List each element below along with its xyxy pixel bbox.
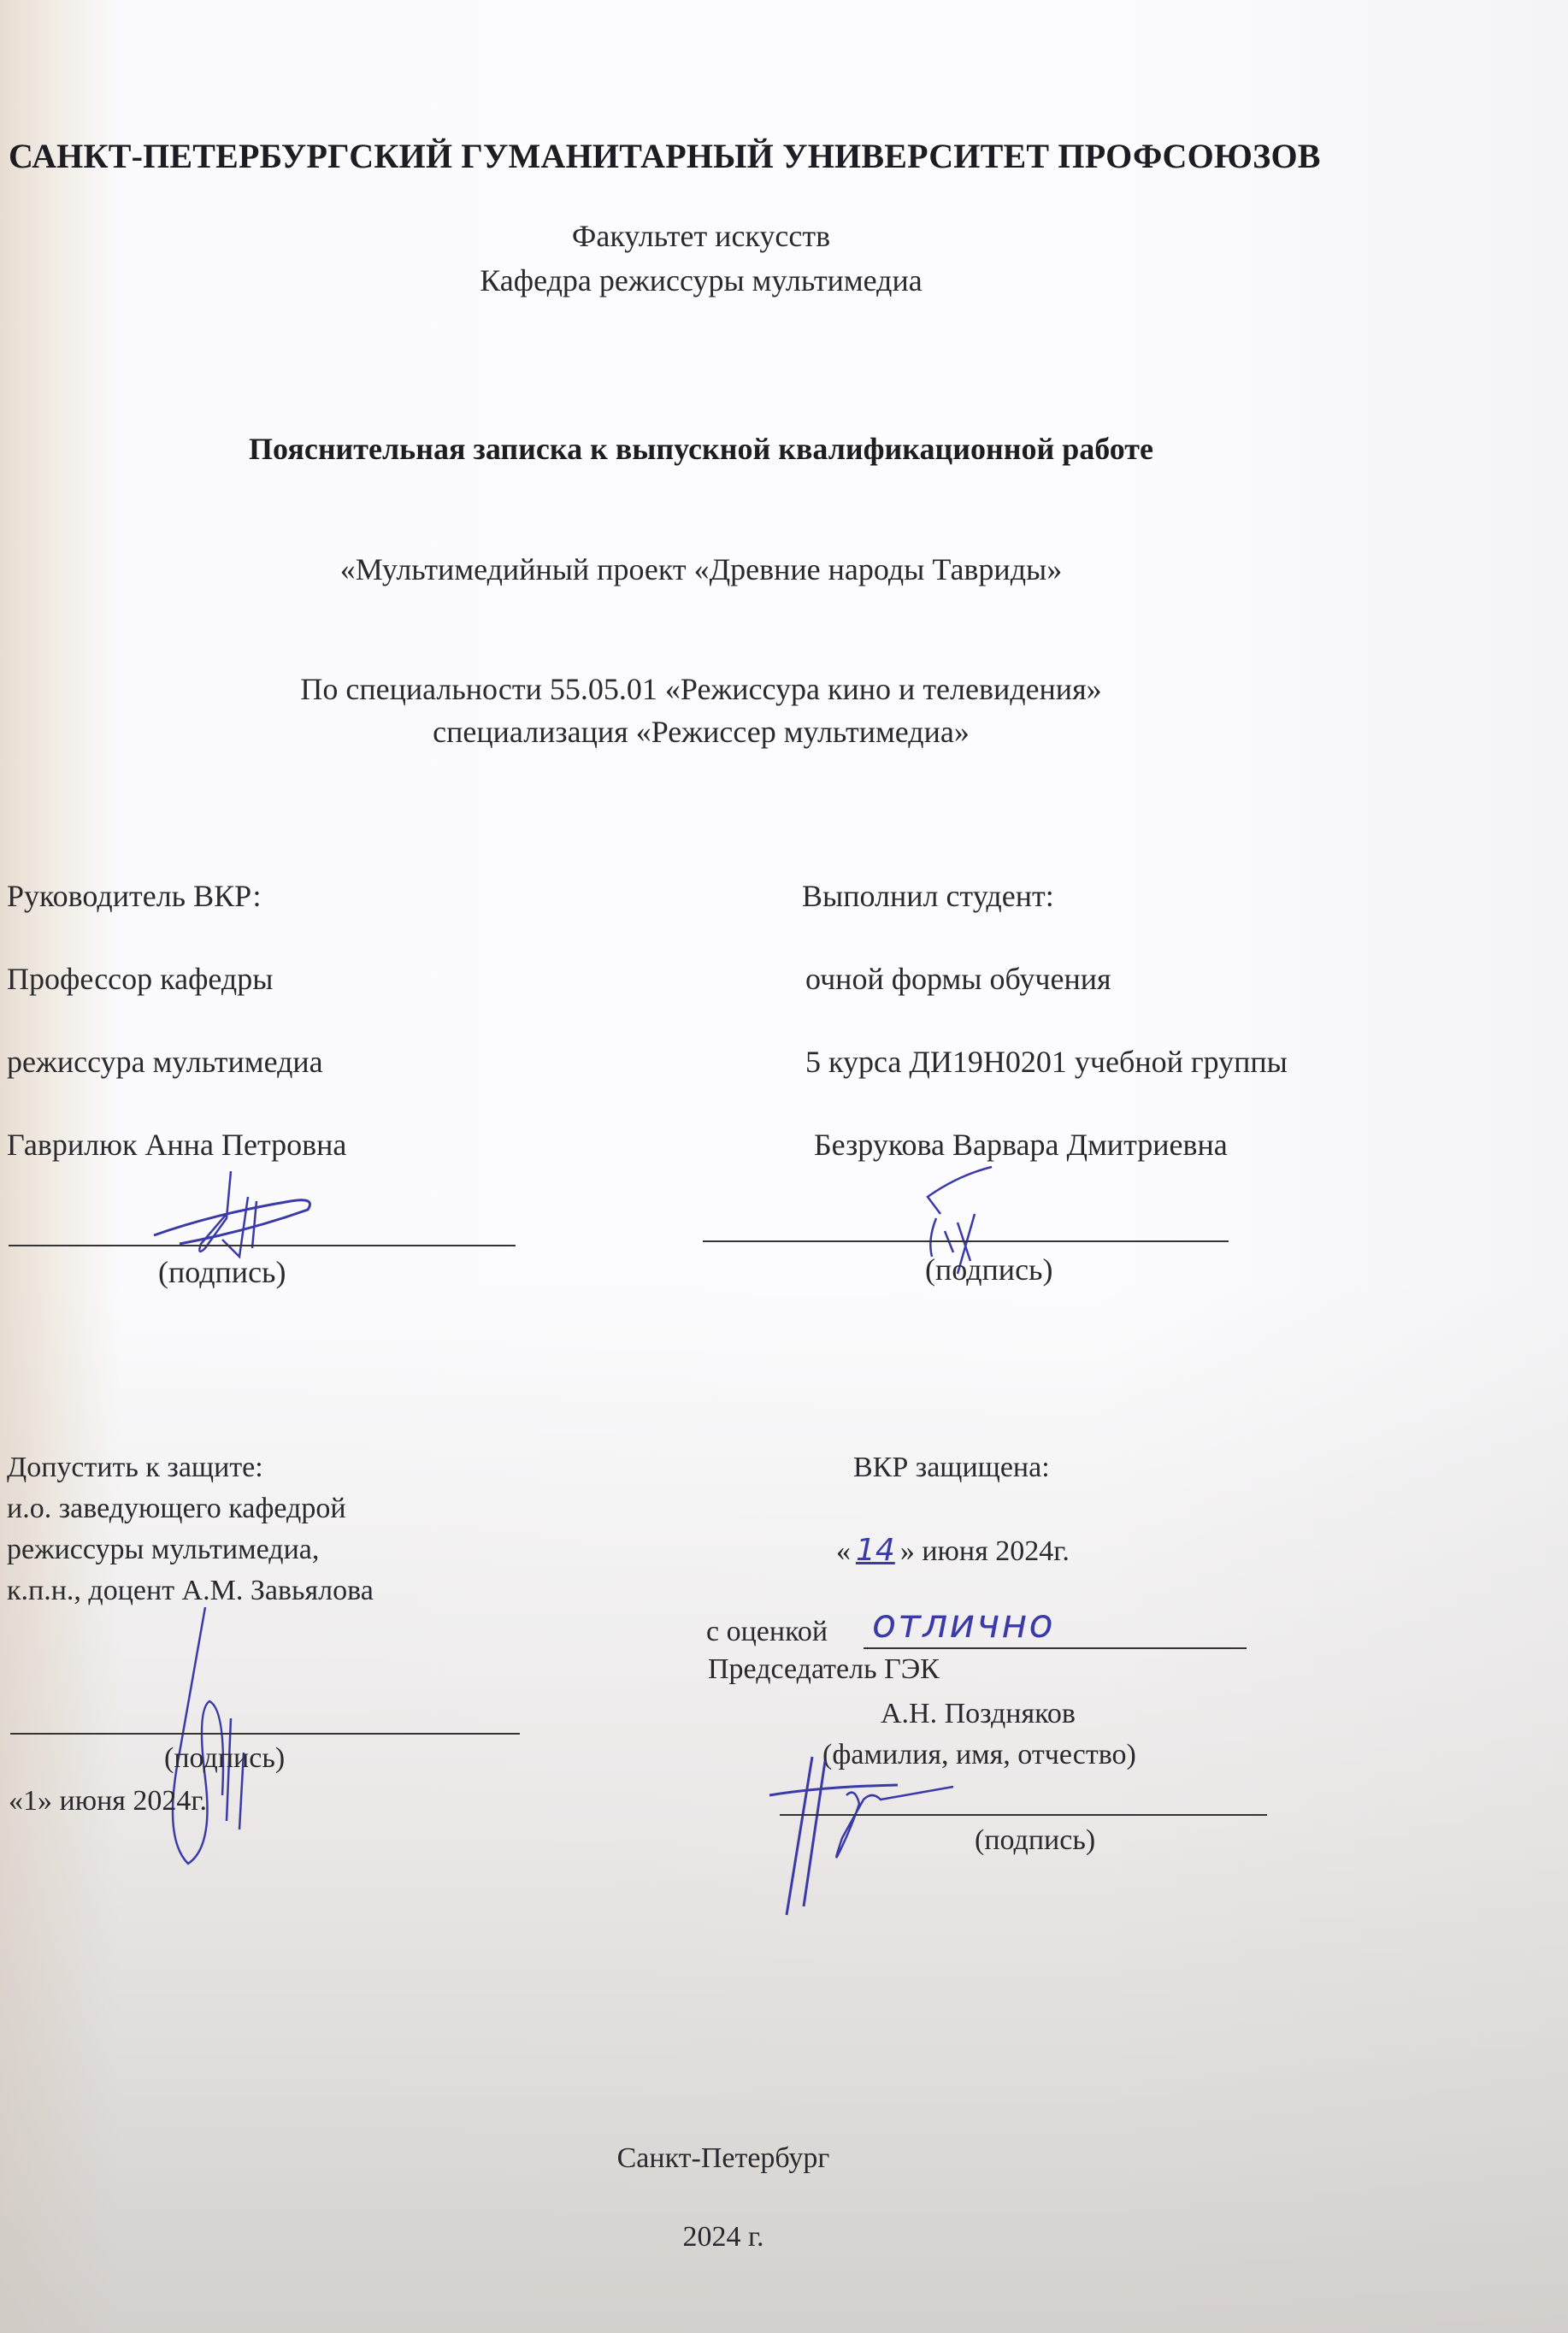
admission-signature-line	[10, 1733, 520, 1735]
supervisor-signature-line	[9, 1245, 516, 1246]
grade-line	[864, 1647, 1247, 1649]
chair-signature-line	[780, 1814, 1267, 1816]
supervisor-heading: Руководитель ВКР:	[7, 881, 261, 911]
chair-label: Председатель ГЭК	[708, 1655, 940, 1684]
chair-signature-caption: (подпись)	[975, 1826, 1095, 1855]
specialization: специализация «Режиссер мультимедиа»	[0, 716, 1402, 747]
student-signature-caption: (подпись)	[925, 1254, 1052, 1285]
supervisor-signature-icon	[145, 1167, 333, 1261]
chair-name: А.Н. Поздняков	[881, 1700, 1076, 1729]
supervisor-signature-caption: (подпись)	[158, 1257, 286, 1287]
university-name: САНКТ-ПЕТЕРБУРГСКИЙ ГУМАНИТАРНЫЙ УНИВЕРС…	[9, 139, 1321, 174]
defense-date: «14» июня 2024г.	[836, 1535, 1070, 1566]
student-name: Безрукова Варвара Дмитриевна	[814, 1129, 1228, 1160]
admission-heading: Допустить к защите:	[7, 1453, 263, 1482]
defense-date-day: 14	[851, 1533, 900, 1568]
admission-line-3: к.п.н., доцент А.М. Завьялова	[7, 1576, 374, 1605]
student-heading: Выполнил студент:	[802, 881, 1054, 911]
grade-label: с оценкой	[706, 1617, 828, 1647]
faculty-name: Факультет искусств	[0, 221, 1402, 251]
footer-city: Санкт-Петербург	[0, 2144, 1447, 2173]
thesis-topic: «Мультимедийный проект «Древние народы Т…	[0, 554, 1402, 585]
student-signature-line	[703, 1240, 1229, 1242]
specialty: По специальности 55.05.01 «Режиссура кин…	[0, 674, 1402, 704]
supervisor-position: Профессор кафедры	[7, 963, 273, 994]
supervisor-name: Гаврилюк Анна Петровна	[7, 1129, 346, 1160]
defense-heading: ВКР защищена:	[853, 1453, 1050, 1482]
admission-line-1: и.о. заведующего кафедрой	[7, 1494, 346, 1523]
defense-date-open: «	[836, 1535, 851, 1567]
footer-year: 2024 г.	[0, 2223, 1447, 2252]
paper-shading	[0, 0, 1568, 2333]
defense-date-rest: » июня 2024г.	[900, 1535, 1070, 1567]
grade-value: отлично	[872, 1600, 1055, 1647]
admission-signature-caption: (подпись)	[164, 1744, 285, 1773]
admission-signature-icon	[145, 1607, 282, 1872]
admission-date: «1» июня 2024г.	[9, 1787, 207, 1816]
student-group: 5 курса ДИ19Н0201 учебной группы	[805, 1046, 1288, 1077]
document-type: Пояснительная записка к выпускной квалиф…	[0, 433, 1402, 464]
department-name: Кафедра режиссуры мультимедиа	[0, 265, 1402, 296]
supervisor-department: режиссура мультимедиа	[7, 1046, 323, 1077]
admission-line-2: режиссуры мультимедиа,	[7, 1535, 319, 1564]
chair-signature-icon	[752, 1753, 958, 1924]
chair-name-caption: (фамилия, имя, отчество)	[822, 1741, 1136, 1770]
student-study-form: очной формы обучения	[805, 963, 1111, 994]
